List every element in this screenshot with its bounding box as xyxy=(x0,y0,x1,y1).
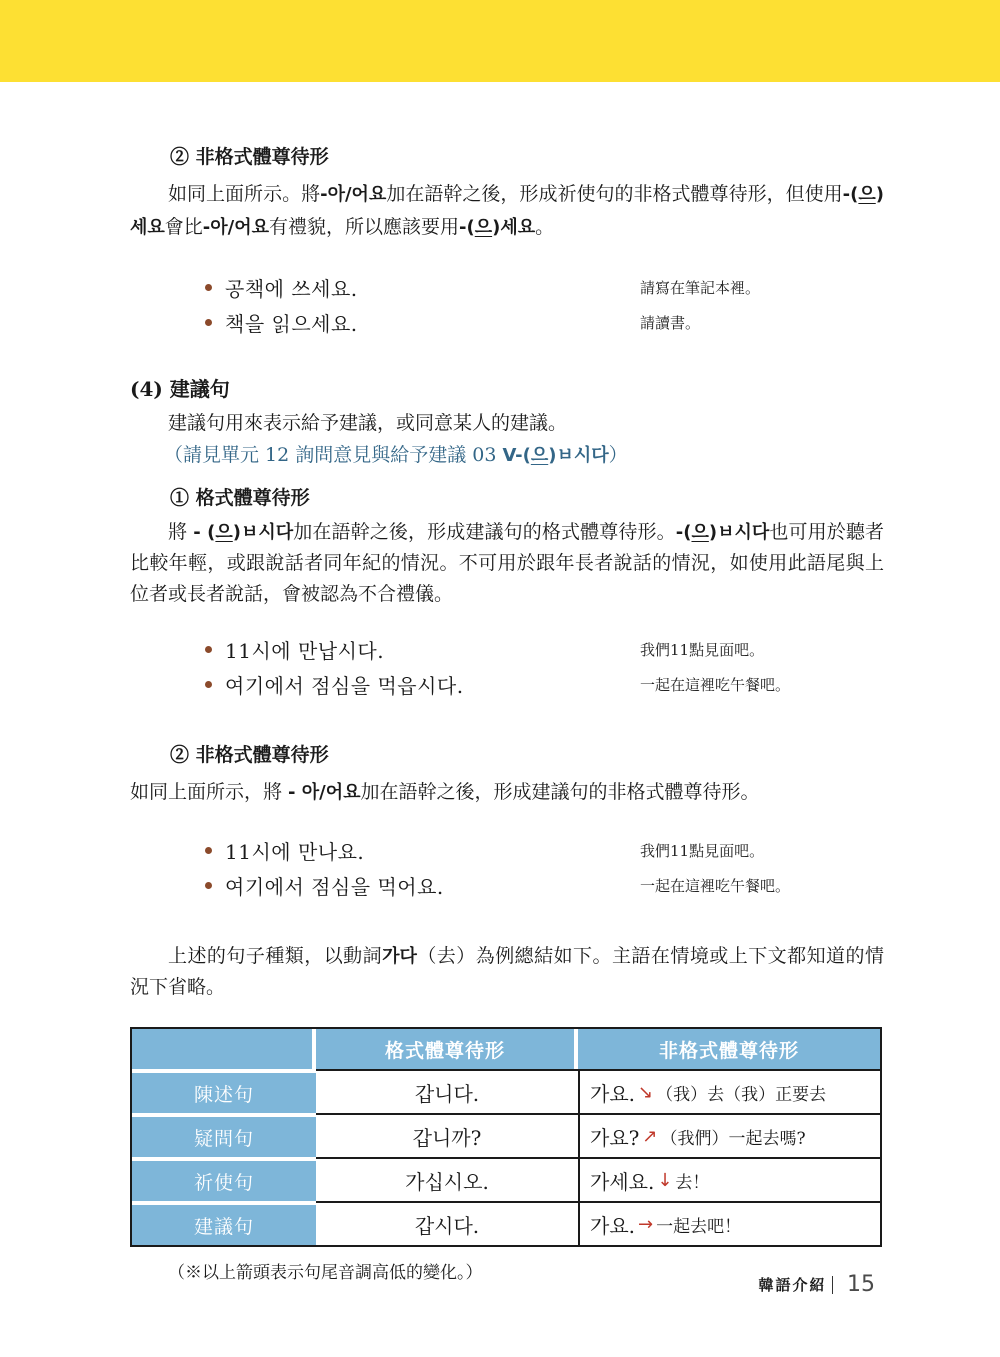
list-item: 11시에 만나요. 我們11點見面吧。 xyxy=(205,833,884,868)
list-item: 여기에서 점심을 먹어요. 一起在這裡吃午餐吧。 xyxy=(205,868,884,903)
bullet-icon xyxy=(205,847,212,854)
bullet-icon xyxy=(205,882,212,889)
korean-sentence: 여기에서 점심을 먹읍시다. xyxy=(225,670,464,699)
chinese-translation: 請寫在筆記本裡。 xyxy=(640,277,760,298)
paragraph-suggestion-informal: 如同上面所示，將 - 아/어요加在語幹之後，形成建議句的非格式體尊待形。 xyxy=(130,776,884,809)
suggestion-intro: 建議句用來表示給予建議，或同意某人的建議。 xyxy=(130,408,884,438)
bullet-icon xyxy=(205,319,212,326)
table-cell-informal: 가세요.↓去！ xyxy=(578,1157,880,1201)
list-item: 11시에 만납시다. 我們11點見面吧。 xyxy=(205,632,884,667)
list-item: 공책에 쓰세요. 請寫在筆記本裡。 xyxy=(205,270,884,305)
table-header-formal: 格式體尊待形 xyxy=(316,1029,578,1069)
table-cell-informal: 가요.↘（我）去（我）正要去 xyxy=(578,1069,880,1113)
chinese-translation: 一起在這裡吃午餐吧。 xyxy=(640,875,790,896)
paragraph-suggestion-formal: 將 - (으)ㅂ시다加在語幹之後，形成建議句的格式體尊待形。-(으)ㅂ시다也可用… xyxy=(130,517,884,610)
heading-imperative-informal: ② 非格式體尊待形 xyxy=(170,144,884,170)
list-item: 책을 읽으세요. 請讀書。 xyxy=(205,305,884,340)
table-cell-informal: 가요?↗（我們）一起去嗎? xyxy=(578,1113,880,1157)
page-content: ② 非格式體尊待形 如同上面所示。將-아/어요加在語幹之後，形成祈使句的非格式體… xyxy=(0,144,1000,1285)
example-list-suggestion-formal: 11시에 만납시다. 我們11點見面吧。 여기에서 점심을 먹읍시다. 一起在這… xyxy=(130,632,884,702)
chinese-translation: 我們11點見面吧。 xyxy=(640,840,764,861)
example-list-suggestion-informal: 11시에 만나요. 我們11點見面吧。 여기에서 점심을 먹어요. 一起在這裡吃… xyxy=(130,833,884,903)
summary-paragraph: 上述的句子種類，以動詞가다（去）為例總結如下。主語在情境或上下文都知道的情況下省… xyxy=(130,941,884,1003)
korean-sentence: 공책에 쓰세요. xyxy=(225,273,358,302)
list-item: 여기에서 점심을 먹읍시다. 一起在這裡吃午餐吧。 xyxy=(205,667,884,702)
conjugation-summary-table: 格式體尊待形 非格式體尊待形 陳述句 갑니다. 가요.↘（我）去（我）正要去 疑… xyxy=(130,1027,882,1247)
table-cell-informal: 가요.→一起去吧！ xyxy=(578,1201,880,1245)
chinese-translation: 請讀書。 xyxy=(640,312,700,333)
table-cell-formal: 가십시오. xyxy=(316,1157,578,1201)
table-row-label: 建議句 xyxy=(132,1201,316,1245)
chinese-translation: 一起在這裡吃午餐吧。 xyxy=(640,674,790,695)
heading-suggestion-informal: ② 非格式體尊待形 xyxy=(170,742,884,768)
heading-suggestion-formal: ① 格式體尊待形 xyxy=(170,485,884,511)
bullet-icon xyxy=(205,646,212,653)
table-header-informal: 非格式體尊待形 xyxy=(578,1029,880,1069)
cross-reference-line: （請見單元 12 詢問意見與給予建議 03 V-(으)ㅂ시다） xyxy=(164,440,884,471)
korean-sentence: 11시에 만나요. xyxy=(225,836,364,865)
chinese-translation: 我們11點見面吧。 xyxy=(640,639,764,660)
footer-page-number: 15 xyxy=(847,1272,875,1297)
korean-sentence: 책을 읽으세요. xyxy=(225,308,358,337)
table-header-empty xyxy=(132,1029,316,1069)
table-row-label: 祈使句 xyxy=(132,1157,316,1201)
page-top-band xyxy=(0,0,1000,82)
bullet-icon xyxy=(205,284,212,291)
table-row-label: 陳述句 xyxy=(132,1069,316,1113)
footer-divider xyxy=(832,1276,834,1294)
korean-sentence: 11시에 만납시다. xyxy=(225,635,384,664)
korean-sentence: 여기에서 점심을 먹어요. xyxy=(225,871,444,900)
table-cell-formal: 갑니다. xyxy=(316,1069,578,1113)
table-cell-formal: 갑니까? xyxy=(316,1113,578,1157)
paragraph-imperative-informal: 如同上面所示。將-아/어요加在語幹之後，形成祈使句的非格式體尊待形，但使用-(으… xyxy=(130,178,884,244)
table-cell-formal: 갑시다. xyxy=(316,1201,578,1245)
bullet-icon xyxy=(205,681,212,688)
example-list-imperative: 공책에 쓰세요. 請寫在筆記本裡。 책을 읽으세요. 請讀書。 xyxy=(130,270,884,340)
footer-section-label: 韓語介紹 xyxy=(758,1274,826,1295)
table-row-label: 疑問句 xyxy=(132,1113,316,1157)
heading-suggestion-section: (4) 建議句 xyxy=(130,376,884,402)
page-footer: 韓語介紹 15 xyxy=(758,1272,875,1297)
